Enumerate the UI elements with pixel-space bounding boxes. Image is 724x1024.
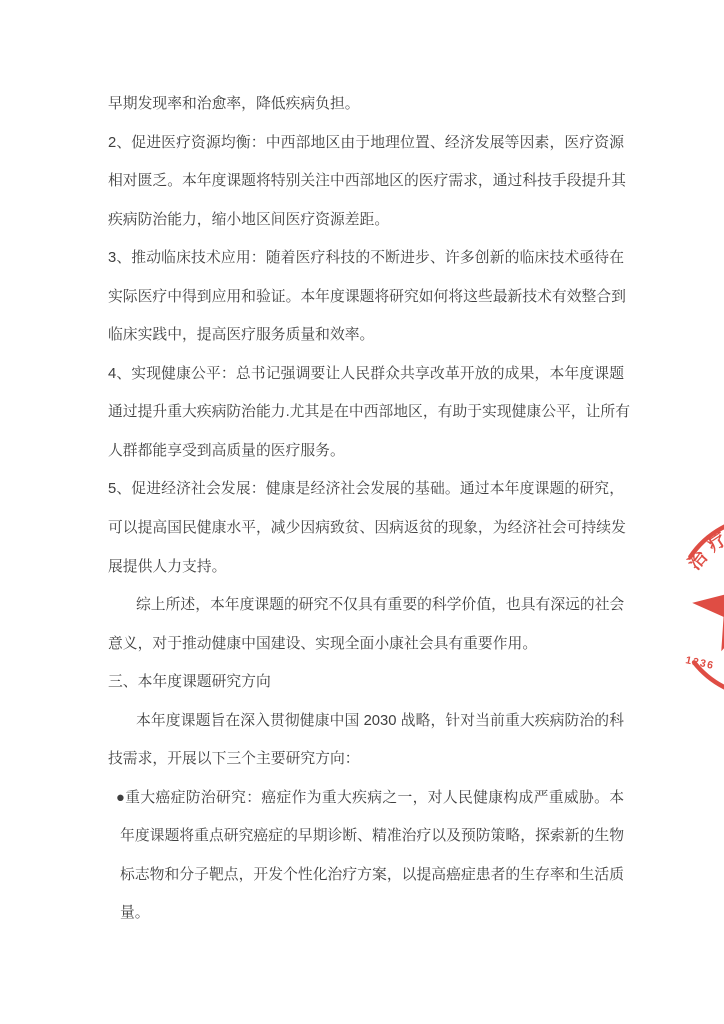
text-line: 早期发现率和治愈率，降低疾病负担。	[108, 85, 624, 124]
text-line: 通过提升重大疾病防治能力.尤其是在中西部地区，有助于实现健康公平，让所有	[108, 393, 624, 432]
text-line: 疾病防治能力，缩小地区间医疗资源差距。	[108, 201, 624, 240]
text-line: 年度课题将重点研究癌症的早期诊断、精准治疗以及预防策略，探索新的生物	[108, 817, 624, 856]
text-line: 可以提高国民健康水平，减少因病致贫、因病返贫的现象，为经济社会可持续发	[108, 509, 624, 548]
text-line: 5、促进经济社会发展：健康是经济社会发展的基础。通过本年度课题的研究，	[108, 470, 624, 509]
text-line: 实际医疗中得到应用和验证。本年度课题将研究如何将这些最新技术有效整合到	[108, 278, 624, 317]
text-line: 3、推动临床技术应用：随着医疗科技的不断进步、许多创新的临床技术亟待在	[108, 239, 624, 278]
text-line: ●重大癌症防治研究：癌症作为重大疾病之一，对人民健康构成严重威胁。本	[108, 779, 624, 818]
red-seal-stamp: 治 疗 1236	[665, 507, 724, 707]
text-line: 意义，对于推动健康中国建设、实现全面小康社会具有重要作用。	[108, 625, 624, 664]
text-line: 4、实现健康公平：总书记强调要让人民群众共享改革开放的成果，本年度课题	[108, 355, 624, 394]
document-text: 早期发现率和治愈率，降低疾病负担。2、促进医疗资源均衡：中西部地区由于地理位置、…	[108, 85, 624, 933]
text-line: 量。	[108, 894, 624, 933]
text-line: 展提供人力支持。	[108, 548, 624, 587]
stamp-arc-char-1: 治	[683, 546, 711, 574]
text-line: 本年度课题旨在深入贯彻健康中国 2030 战略，针对当前重大疾病防治的科	[108, 702, 624, 741]
text-line: 2、促进医疗资源均衡：中西部地区由于地理位置、经济发展等因素，医疗资源	[108, 124, 624, 163]
text-line: 人群都能享受到高质量的医疗服务。	[108, 432, 624, 471]
text-line: 技需求，开展以下三个主要研究方向：	[108, 740, 624, 779]
stamp-star-icon	[688, 557, 724, 656]
text-line: 综上所述，本年度课题的研究不仅具有重要的科学价值，也具有深远的社会	[108, 586, 624, 625]
document-page: 早期发现率和治愈率，降低疾病负担。2、促进医疗资源均衡：中西部地区由于地理位置、…	[0, 0, 724, 1024]
text-line: 三、本年度课题研究方向	[108, 663, 624, 702]
text-line: 标志物和分子靶点，开发个性化治疗方案，以提高癌症患者的生存率和生活质	[108, 856, 624, 895]
text-line: 相对匮乏。本年度课题将特别关注中西部地区的医疗需求，通过科技手段提升其	[108, 162, 624, 201]
stamp-arc-char-2: 疗	[703, 528, 724, 556]
text-line: 临床实践中，提高医疗服务质量和效率。	[108, 316, 624, 355]
